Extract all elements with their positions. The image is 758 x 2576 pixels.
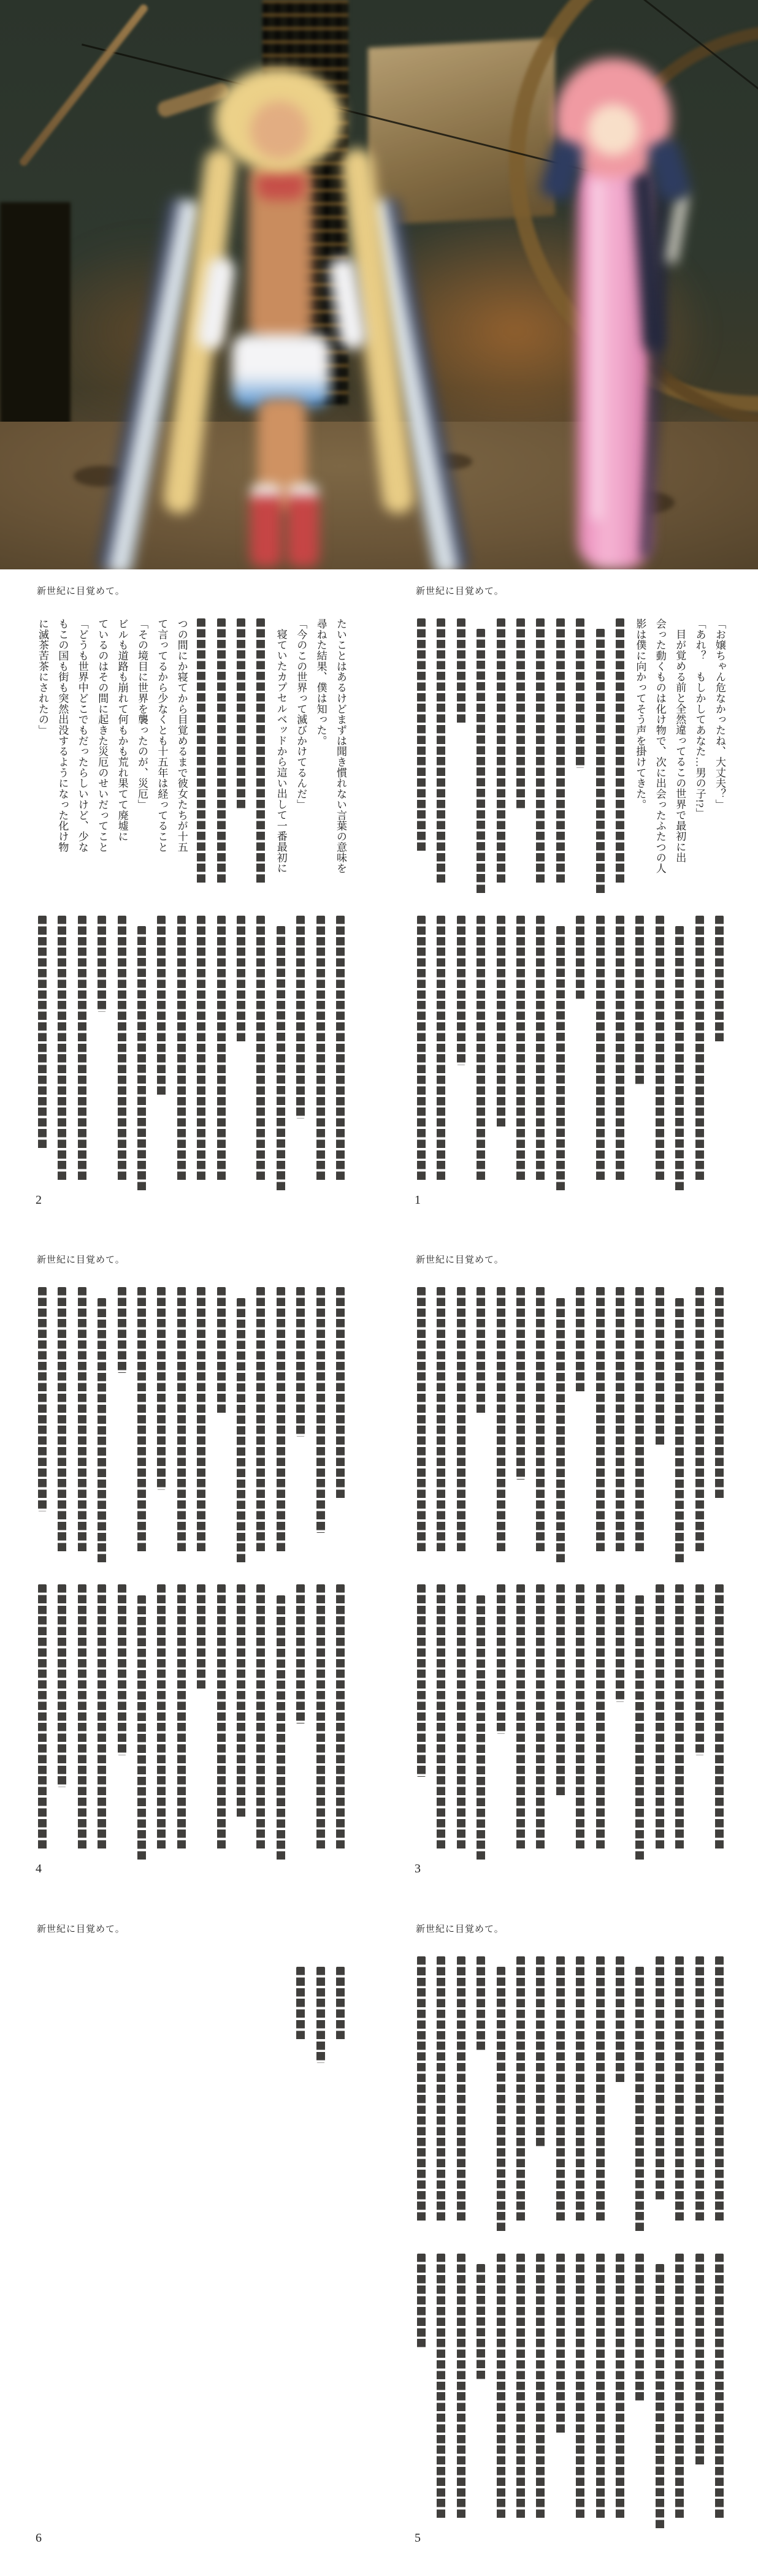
greeked-text-column	[477, 1287, 485, 1415]
page-header-title: 新世紀に目覚めて。	[416, 1922, 504, 1935]
greeked-text-column	[38, 1287, 47, 1511]
greeked-text-column	[675, 1956, 684, 2223]
greeked-text-column	[536, 618, 545, 885]
greeked-text-column	[477, 629, 485, 895]
left-figure-red-accent	[256, 172, 305, 200]
greeked-text-column	[256, 1287, 265, 1554]
greeked-text-column	[576, 1956, 584, 2223]
greeked-text-column	[635, 1967, 644, 2233]
text-column: 寝ていたカプセルベッドから這い出して一番最初に	[275, 629, 286, 886]
text-column: 目が覚める前と全然違ってるこの世界で最初に出	[674, 629, 685, 886]
page-header-title: 新世紀に目覚めて。	[37, 1253, 125, 1266]
greeked-text-column	[536, 916, 545, 1182]
text-column: 「その境目に世界を襲ったのが、災厄」	[136, 618, 147, 886]
greeked-text-column	[417, 2254, 426, 2350]
greeked-text-column	[516, 1287, 525, 1479]
greeked-text-column	[715, 916, 724, 1044]
greeked-text-column	[437, 1584, 445, 1851]
greeked-text-column	[177, 916, 186, 1182]
greeked-text-column	[277, 926, 285, 1193]
greeked-text-column	[516, 1584, 525, 1851]
page-header-title: 新世紀に目覚めて。	[416, 1253, 504, 1266]
greeked-text-column	[417, 618, 426, 853]
greeked-text-column	[635, 1595, 644, 1862]
greeked-text-column	[675, 2254, 684, 2520]
text-column: 「どうも世界中どこでもだったらしいけど、少な	[77, 618, 88, 886]
text-column: に滅茶苦茶にされたの」	[37, 618, 48, 886]
greeked-text-column	[715, 1287, 724, 1500]
greeked-text-column	[656, 1287, 664, 1447]
greeked-text-column	[437, 1287, 445, 1554]
greeked-text-column	[78, 1287, 86, 1554]
greeked-text-column	[78, 916, 86, 1182]
greeked-text-column	[336, 916, 345, 1182]
greeked-text-column	[635, 2254, 644, 2403]
greeked-text-column	[616, 2254, 624, 2520]
page-number: 3	[415, 1862, 421, 1876]
greeked-text-column	[675, 926, 684, 1193]
greeked-text-column	[437, 2254, 445, 2520]
greeked-text-column	[98, 1584, 106, 1851]
text-column: て言ってるから少なくとも十五年は経ってること	[156, 618, 167, 886]
greeked-text-column	[157, 1287, 166, 1490]
greeked-text-column	[217, 1584, 226, 1851]
greeked-text-column	[217, 1287, 226, 1415]
greeked-text-column	[695, 1287, 704, 1554]
greeked-text-column	[457, 1584, 465, 1851]
greeked-text-column	[516, 618, 525, 810]
greeked-text-column	[596, 1956, 605, 2223]
text-column: ビルも道路も崩れて何もかも荒れ果てて廃墟に	[117, 618, 128, 886]
greeked-text-column	[497, 2254, 505, 2520]
greeked-text-column	[197, 916, 205, 1182]
greeked-text-column	[477, 1595, 485, 1862]
greeked-text-column	[596, 1584, 605, 1851]
greeked-text-column	[296, 1287, 305, 1437]
greeked-text-column	[477, 916, 485, 1182]
greeked-text-column	[656, 2264, 664, 2531]
greeked-text-column	[635, 916, 644, 1086]
greeked-text-column	[417, 916, 426, 1182]
greeked-text-column	[556, 618, 565, 885]
page-header-title: 新世紀に目覚めて。	[37, 584, 125, 597]
greeked-text-column	[477, 1956, 485, 2053]
greeked-text-column	[616, 1287, 624, 1554]
greeked-text-column	[417, 1584, 426, 1776]
greeked-text-column	[497, 618, 505, 885]
text-column: たいことはあるけどまずは聞き慣れない言葉の意味を	[335, 618, 346, 886]
greeked-text-column	[98, 916, 106, 1012]
greeked-text-column	[58, 1584, 66, 1787]
greeked-text-column	[596, 2254, 605, 2520]
text-column: つの間にか寝てから目覚めるまで彼女たちが十五	[176, 618, 187, 886]
text-column: もこの国も街も突然出没するようになった化け物	[56, 618, 67, 886]
greeked-text-column	[336, 1967, 345, 2042]
greeked-text-column	[316, 1967, 325, 2063]
greeked-text-column	[277, 1287, 285, 1554]
greeked-text-column	[596, 629, 605, 895]
greeked-text-column	[157, 1584, 166, 1851]
greeked-text-column	[197, 1287, 205, 1554]
greeked-text-column	[675, 1584, 684, 1851]
text-column: 「今のこの世界って滅びかけてるんだ」	[295, 618, 306, 886]
greeked-text-column	[556, 2254, 565, 2435]
greeked-text-column	[576, 2254, 584, 2520]
greeked-text-column	[556, 1956, 565, 2223]
greeked-text-column	[437, 618, 445, 885]
greeked-text-column	[296, 1967, 305, 2042]
text-column: 「あれ？ もしかしてあなた…男の子!?」	[694, 618, 705, 886]
greeked-text-column	[635, 1287, 644, 1554]
greeked-text-column	[616, 1584, 624, 1701]
greeked-text-column	[656, 916, 664, 1182]
greeked-text-column	[695, 1584, 704, 1755]
red-boot	[250, 484, 282, 567]
red-boot	[287, 484, 319, 567]
greeked-text-column	[596, 1287, 605, 1554]
greeked-text-column	[237, 1584, 245, 1819]
greeked-text-column	[316, 1287, 325, 1532]
greeked-text-column	[58, 1287, 66, 1554]
greeked-text-column	[596, 916, 605, 1182]
greeked-text-column	[256, 618, 265, 885]
greeked-text-column	[616, 1956, 624, 2084]
greeked-text-column	[296, 916, 305, 1119]
greeked-text-column	[695, 916, 704, 1182]
greeked-text-column	[38, 1584, 47, 1851]
cover-illustration-sanitized	[0, 0, 758, 569]
greeked-text-column	[457, 1956, 465, 2223]
greeked-text-column	[237, 1298, 245, 1565]
greeked-text-column	[316, 916, 325, 1182]
page-number: 1	[415, 1193, 421, 1207]
page-number: 2	[36, 1193, 42, 1207]
greeked-text-column	[197, 618, 205, 885]
left-figure-face	[250, 101, 308, 159]
greeked-text-column	[497, 1287, 505, 1554]
greeked-text-column	[457, 1287, 465, 1554]
text-column: 会った動くものは化け物で、次に出会ったふたつの人	[654, 618, 665, 886]
page-header-title: 新世紀に目覚めて。	[37, 1922, 125, 1935]
greeked-text-column	[675, 1298, 684, 1565]
greeked-text-column	[197, 1584, 205, 1691]
greeked-text-column	[576, 916, 584, 1001]
page-number: 5	[415, 2531, 421, 2545]
greeked-text-column	[536, 1287, 545, 1554]
greeked-text-column	[656, 1956, 664, 2202]
greeked-text-column	[616, 618, 624, 885]
left-figure-skirt	[232, 334, 330, 408]
greeked-text-column	[417, 1287, 426, 1554]
greeked-text-column	[296, 1584, 305, 1723]
text-column: 「お嬢ちゃん危なかったね、大丈夫？」	[714, 618, 725, 886]
greeked-text-column	[536, 1584, 545, 1851]
greeked-text-column	[417, 1956, 426, 2223]
greeked-text-column	[78, 1584, 86, 1851]
greeked-text-column	[695, 1956, 704, 2223]
right-figure-face	[588, 104, 639, 156]
text-column: 影は僕に向かってそう声を掛けてきた。	[634, 618, 645, 886]
greeked-text-column	[715, 1956, 724, 2223]
greeked-text-column	[277, 1595, 285, 1862]
greeked-text-column	[516, 2254, 525, 2520]
greeked-text-column	[437, 1956, 445, 2223]
greeked-text-column	[457, 618, 465, 725]
greeked-text-column	[217, 618, 226, 885]
greeked-text-column	[715, 1584, 724, 1851]
page-number: 4	[36, 1862, 42, 1876]
greeked-text-column	[437, 916, 445, 1182]
greeked-text-column	[656, 1584, 664, 1851]
greeked-text-column	[516, 1956, 525, 2223]
greeked-text-column	[556, 1584, 565, 1798]
greeked-text-column	[336, 1287, 345, 1500]
greeked-text-column	[556, 1298, 565, 1565]
doujin-novel-document: 新世紀に目覚めて。「お嬢ちゃん危なかったね、大丈夫？」「あれ？ もしかしてあなた…	[0, 0, 758, 2576]
greeked-text-column	[457, 2254, 465, 2520]
greeked-text-column	[457, 916, 465, 1065]
greeked-text-column	[576, 1584, 584, 1851]
greeked-text-column	[118, 916, 126, 1182]
greeked-text-column	[118, 1584, 126, 1755]
greeked-text-column	[497, 1584, 505, 1734]
text-column: 尋ねた結果、僕は知った。	[315, 618, 326, 886]
greeked-text-column	[497, 1967, 505, 2233]
greeked-text-column	[98, 1298, 106, 1565]
greeked-text-column	[516, 916, 525, 1182]
greeked-text-column	[256, 916, 265, 1182]
greeked-text-column	[237, 916, 245, 1044]
greeked-text-column	[715, 2254, 724, 2520]
greeked-text-column	[497, 916, 505, 1129]
text-column: ているのはその間に起きた災厄のせいだってこと	[96, 618, 107, 886]
greeked-text-column	[695, 2254, 704, 2467]
greeked-text-column	[616, 916, 624, 1182]
ruined-building-silhouette	[0, 202, 71, 435]
greeked-text-column	[137, 1287, 146, 1554]
greeked-text-column	[536, 2254, 545, 2520]
greeked-text-column	[157, 916, 166, 1097]
greeked-text-column	[217, 916, 226, 1182]
suit-highlight	[592, 178, 602, 521]
greeked-text-column	[576, 1287, 584, 1394]
greeked-text-column	[336, 1584, 345, 1851]
page-header-title: 新世紀に目覚めて。	[416, 584, 504, 597]
greeked-text-column	[38, 916, 47, 1150]
greeked-text-column	[477, 2264, 485, 2381]
greeked-text-column	[137, 1595, 146, 1862]
greeked-text-column	[536, 1956, 545, 2148]
greeked-text-column	[137, 926, 146, 1193]
greeked-text-column	[256, 1584, 265, 1851]
greeked-text-column	[556, 926, 565, 1193]
greeked-text-column	[316, 1584, 325, 1851]
page-number: 6	[36, 2531, 42, 2545]
greeked-text-column	[576, 618, 584, 768]
greeked-text-column	[177, 1287, 186, 1554]
greeked-text-column	[58, 916, 66, 1182]
greeked-text-column	[237, 618, 245, 810]
greeked-text-column	[118, 1287, 126, 1372]
greeked-text-column	[177, 1584, 186, 1851]
